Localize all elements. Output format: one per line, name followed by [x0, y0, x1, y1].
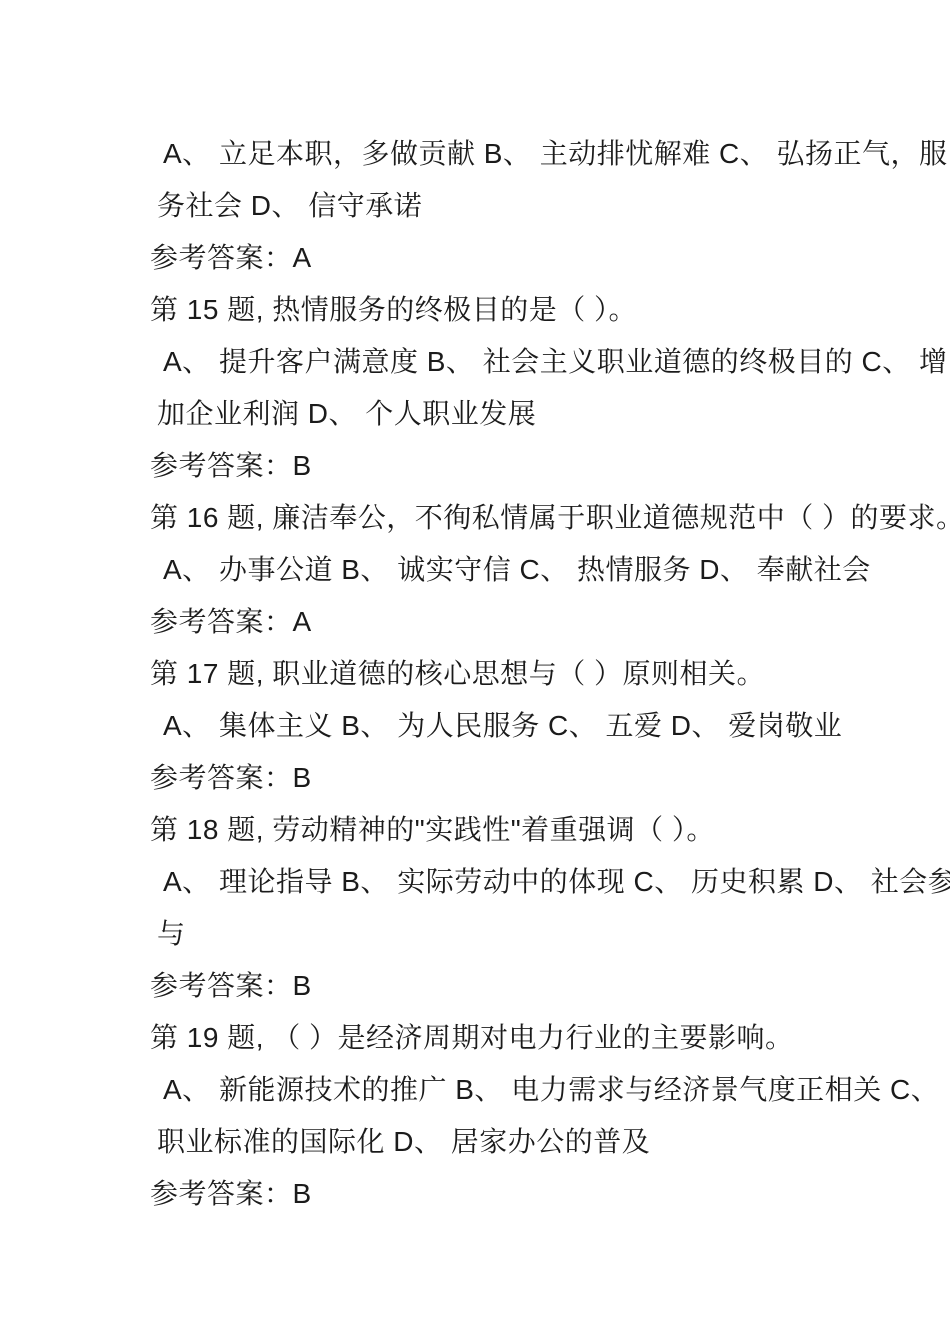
question-block-15: 第 15 题, 热情服务的终极目的是（ ）。 A、 提升客户满意度 B、 社会主…: [0, 284, 950, 492]
question-line: 第 16 题, 廉洁奉公，不徇私情属于职业道德规范中（ ）的要求。: [0, 492, 950, 544]
question-block-17: 第 17 题, 职业道德的核心思想与（ ）原则相关。 A、 集体主义 B、 为人…: [0, 648, 950, 804]
question-line: 第 18 题, 劳动精神的"实践性"着重强调（ ）。: [0, 804, 950, 856]
answer-line: 参考答案：B: [0, 752, 950, 804]
question-block-14-partial: A、 立足本职，多做贡献 B、 主动排忧解难 C、 弘扬正气，服 务社会 D、 …: [0, 128, 950, 284]
answer-line: 参考答案：A: [0, 232, 950, 284]
option-line: 职业标准的国际化 D、 居家办公的普及: [0, 1116, 950, 1168]
answer-line: 参考答案：B: [0, 1168, 950, 1220]
option-line: 加企业利润 D、 个人职业发展: [0, 388, 950, 440]
answer-line: 参考答案：B: [0, 960, 950, 1012]
option-line: A、 办事公道 B、 诚实守信 C、 热情服务 D、 奉献社会: [0, 544, 950, 596]
question-block-16: 第 16 题, 廉洁奉公，不徇私情属于职业道德规范中（ ）的要求。 A、 办事公…: [0, 492, 950, 648]
option-line: A、 理论指导 B、 实际劳动中的体现 C、 历史积累 D、 社会参: [0, 856, 950, 908]
document-page: A、 立足本职，多做贡献 B、 主动排忧解难 C、 弘扬正气，服 务社会 D、 …: [0, 0, 950, 1344]
question-line: 第 15 题, 热情服务的终极目的是（ ）。: [0, 284, 950, 336]
option-line: 与: [0, 908, 950, 960]
question-block-18: 第 18 题, 劳动精神的"实践性"着重强调（ ）。 A、 理论指导 B、 实际…: [0, 804, 950, 1012]
answer-line: 参考答案：B: [0, 440, 950, 492]
option-line: A、 新能源技术的推广 B、 电力需求与经济景气度正相关 C、: [0, 1064, 950, 1116]
question-block-19: 第 19 题, （ ）是经济周期对电力行业的主要影响。 A、 新能源技术的推广 …: [0, 1012, 950, 1220]
option-line: A、 提升客户满意度 B、 社会主义职业道德的终极目的 C、 增: [0, 336, 950, 388]
question-line: 第 17 题, 职业道德的核心思想与（ ）原则相关。: [0, 648, 950, 700]
option-line: A、 集体主义 B、 为人民服务 C、 五爱 D、 爱岗敬业: [0, 700, 950, 752]
answer-line: 参考答案：A: [0, 596, 950, 648]
option-line: 务社会 D、 信守承诺: [0, 180, 950, 232]
question-line: 第 19 题, （ ）是经济周期对电力行业的主要影响。: [0, 1012, 950, 1064]
option-line: A、 立足本职，多做贡献 B、 主动排忧解难 C、 弘扬正气，服: [0, 128, 950, 180]
